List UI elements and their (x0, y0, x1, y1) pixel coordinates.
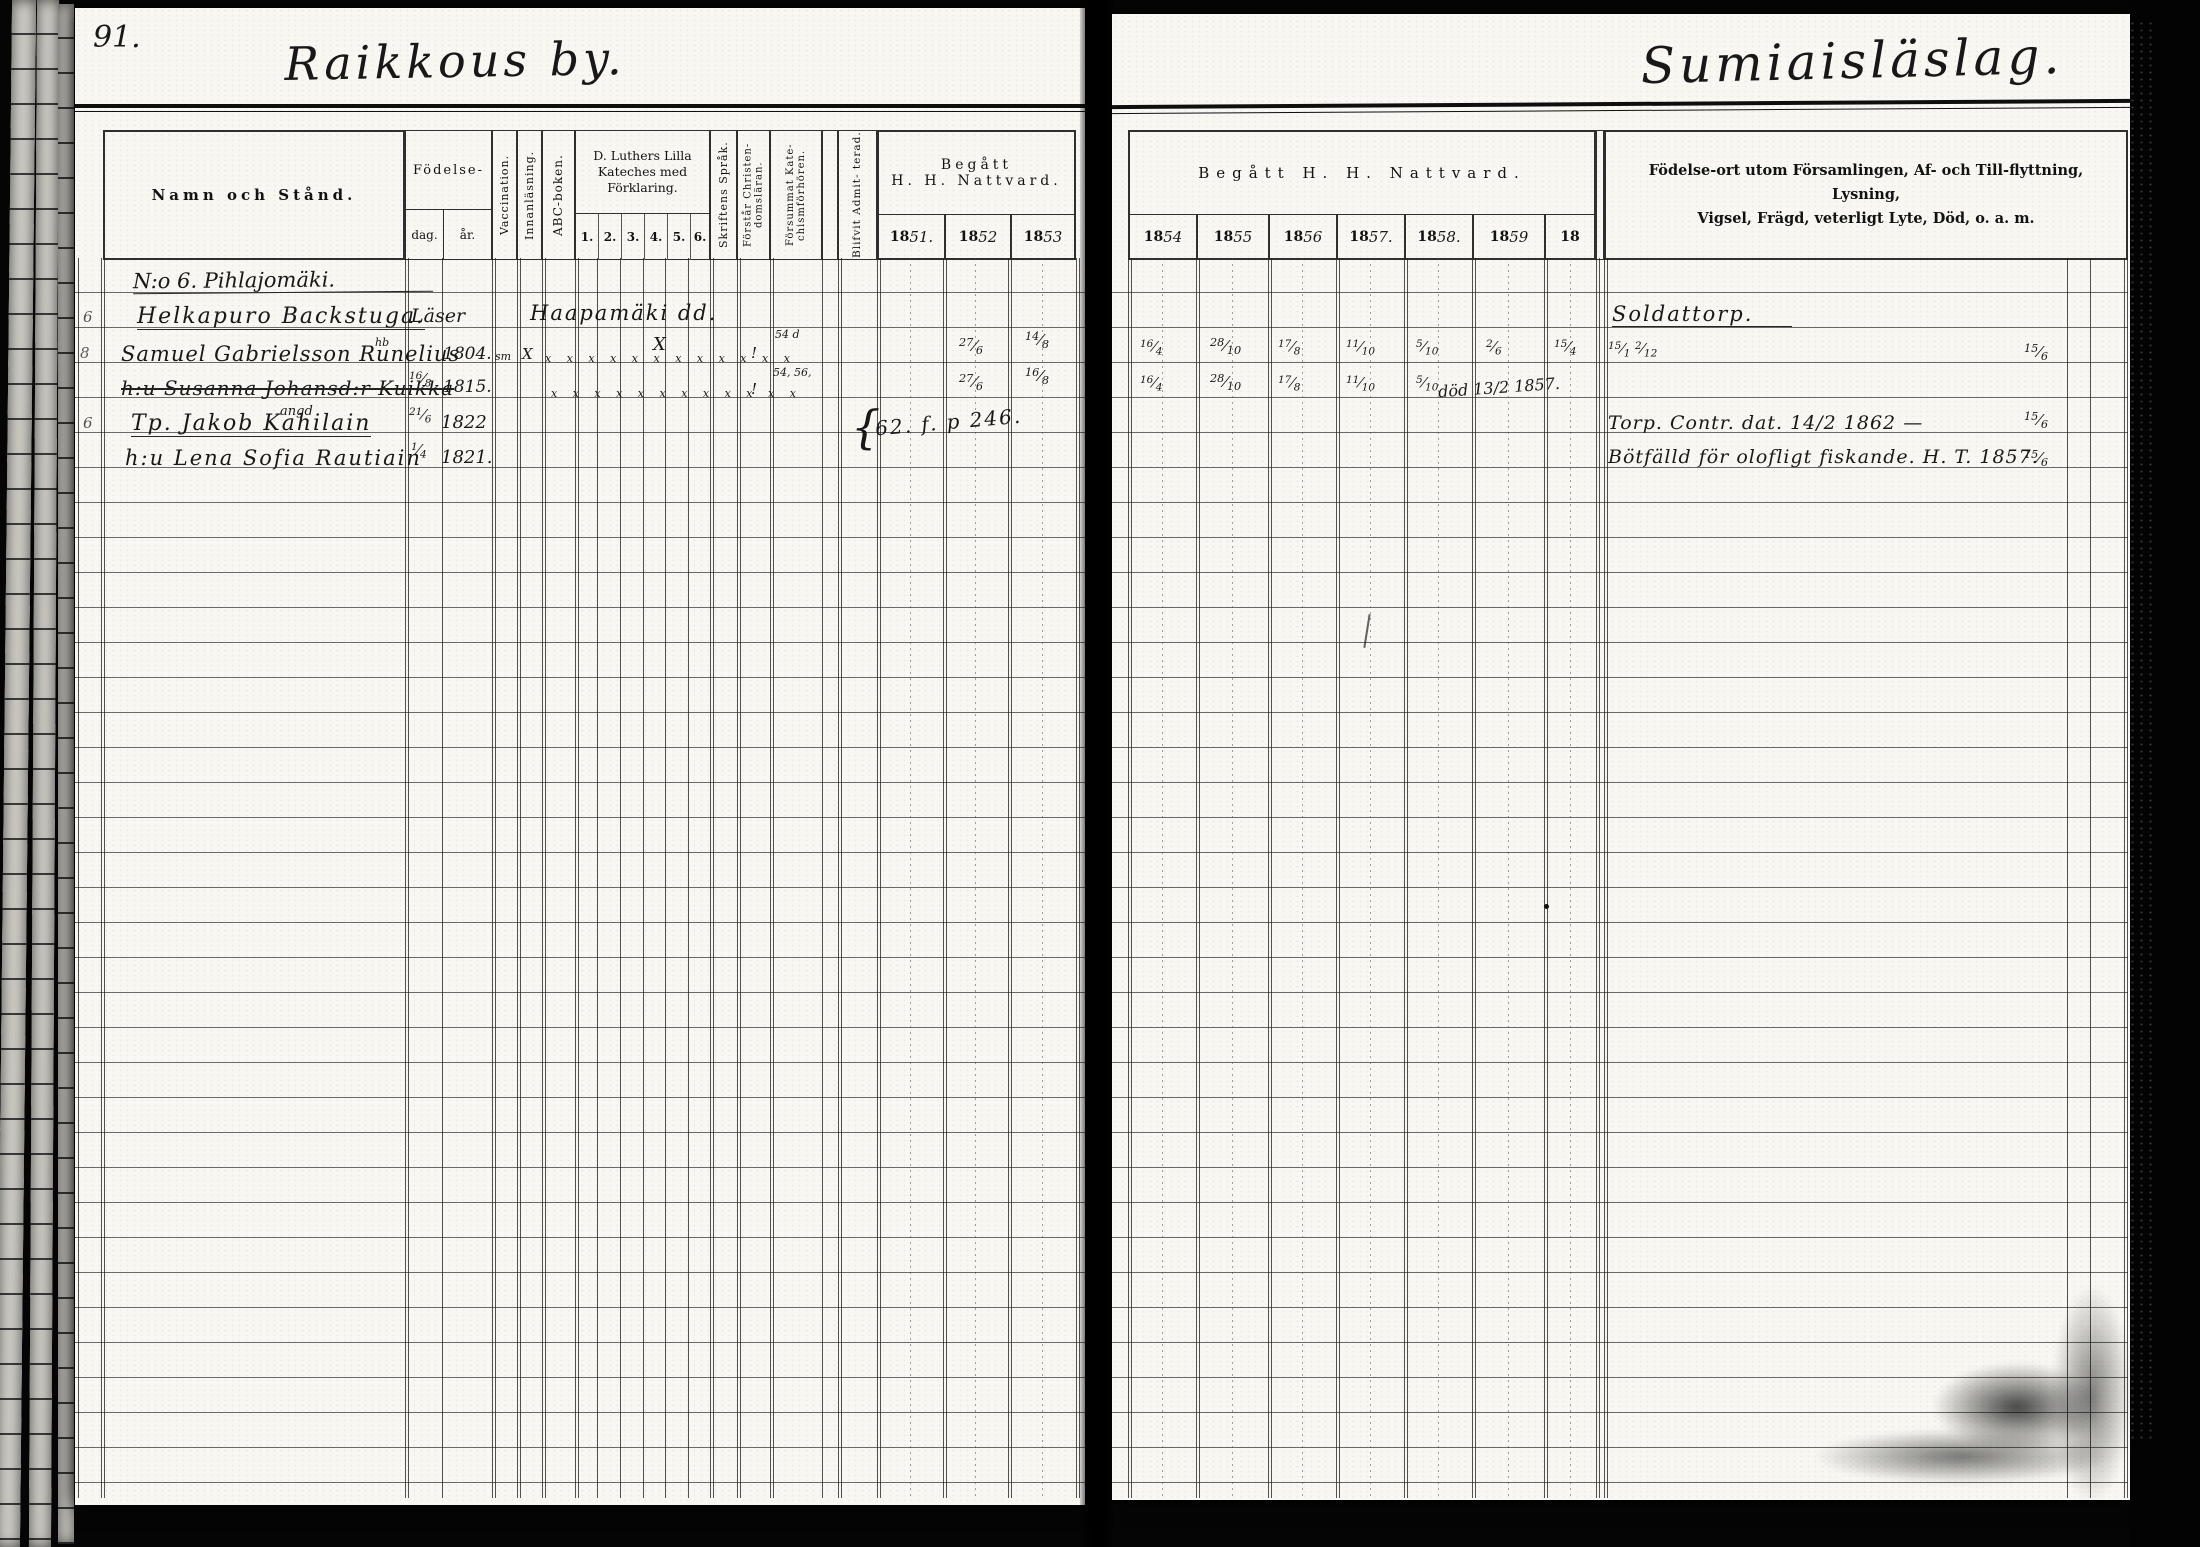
dag-label: dag. (406, 210, 444, 260)
year-1856: 1856 (1270, 215, 1338, 259)
grid-line (1475, 258, 1476, 1498)
entry-name-samuel: Samuel Gabrielsson Runelius (121, 342, 460, 366)
begatt-left-label: Begått H. H. Nattvard. (879, 132, 1074, 215)
margin-mark-3: 6 (83, 414, 93, 432)
communion-1854-samuel: 16⁄4 (1140, 338, 1162, 357)
title-rule-thin (75, 111, 1085, 112)
grid-line (740, 258, 741, 1498)
entry-group-heading: N:o 6. Pihlajomäki. (133, 267, 433, 295)
innanlasning-label: Innanläsning. (518, 131, 541, 259)
kateches-col-6: 6. (691, 214, 709, 260)
cell-birth-day-jakob: 21⁄6 (409, 406, 431, 425)
column-header-blank (822, 130, 838, 260)
grid-line (442, 258, 443, 1498)
cell-birth-year-susanna: 1815. (443, 377, 492, 397)
note-dates-samuel: 15⁄1 2⁄12 (1608, 340, 1657, 359)
note-torp-contract-jakob: Torp. Contr. dat. 14/2 1862 — (1608, 412, 1923, 434)
grid-line (643, 258, 644, 1498)
grid-line (597, 258, 598, 1498)
grid-line (1544, 258, 1545, 1498)
grid-line (517, 258, 518, 1498)
skriftens-label: Skriftens Språk. (711, 131, 736, 259)
grid-line (1076, 258, 1077, 1498)
entry-name-helkapuro: Helkapuro Backstuga. (137, 304, 425, 330)
grid-line (770, 258, 771, 1498)
grid-line (1404, 258, 1405, 1498)
grid-line (1131, 258, 1132, 1498)
column-header-notes: Födelse-ort utom Församlingen, Af- och T… (1604, 130, 2128, 260)
communion-1853-susanna: 16⁄8 (1025, 366, 1049, 387)
header-double-rule-col (1596, 130, 1604, 260)
grid-line (408, 258, 409, 1498)
communion-1853-samuel: 14⁄8 (1025, 330, 1049, 351)
grid-line (946, 258, 947, 1498)
grid-line (943, 258, 944, 1498)
grid-line (665, 258, 666, 1498)
entry-name-lena: h:u Lena Sofia Rautiain (125, 446, 422, 470)
column-header-vaccination: Vaccination. (492, 130, 517, 260)
year-1858: 1858. (1406, 215, 1474, 259)
note-soldattorp: Soldattorp. (1612, 302, 1792, 327)
kateches-col-5: 5. (668, 214, 691, 260)
grid-line (575, 258, 576, 1498)
grid-line (545, 258, 546, 1498)
book-binding (1080, 0, 1114, 1547)
note-fine-lena: Bötfälld för olofligt fiskande. H. T. 18… (1608, 446, 2039, 468)
grid-line (1042, 258, 1043, 1498)
grid-line (737, 258, 738, 1498)
grid-line (1302, 258, 1303, 1498)
communion-1858-samuel: 5⁄10 (1416, 338, 1438, 357)
grid-line (1268, 258, 1269, 1498)
communion-1860-samuel: 15⁄4 (1554, 338, 1576, 357)
column-header-innanlasning: Innanläsning. (517, 130, 542, 260)
begatt-right-label: Begått H. H. Nattvard. (1130, 132, 1594, 215)
grid-line (773, 258, 774, 1498)
notes-line2: Vigsel, Frägd, veterligt Lyte, Död, o. a… (1697, 207, 2034, 231)
cell-vaccination-samuel: sm (495, 350, 511, 363)
vaccination-label: Vaccination. (493, 131, 516, 259)
cell-bigx-samuel: X (653, 334, 666, 355)
column-header-forstar: Förstår Christen- domsläran. (737, 130, 770, 260)
cell-haapamaki: Haapamäki dd. (530, 301, 717, 325)
blifvit-label: Blifvit Admit- terad. (839, 131, 876, 259)
kateches-label: D. Luthers Lilla Kateches med Förklaring… (576, 131, 709, 214)
grid-line (1339, 258, 1340, 1498)
grid-line (495, 258, 496, 1498)
stain-smudge (2052, 1284, 2132, 1504)
cell-birth-day-susanna: 16⁄8 (409, 370, 431, 389)
grid-line (1011, 258, 1012, 1498)
page-number: 91. (93, 20, 141, 55)
cell-birth-year-lena: 1821. (441, 447, 493, 468)
left-page-edges (58, 4, 74, 1544)
notes-label: Födelse-ort utom Församlingen, Af- och T… (1606, 132, 2126, 258)
column-header-blifvit: Blifvit Admit- terad. (838, 130, 877, 260)
grid-line (822, 258, 823, 1498)
grid-line (1607, 258, 1608, 1498)
kateches-col-1: 1. (576, 214, 599, 260)
fodelse-label: Födelse- (406, 131, 491, 210)
communion-1857-samuel: 11⁄10 (1346, 338, 1375, 357)
grid-line (405, 258, 406, 1498)
page-title-left: Raikkous by. (255, 31, 656, 92)
column-header-kateches: D. Luthers Lilla Kateches med Förklaring… (575, 130, 710, 260)
grid-line (975, 258, 976, 1498)
grid-line (1232, 258, 1233, 1498)
grid-line (1407, 258, 1408, 1498)
column-header-begatt-left: Begått H. H. Nattvard. 1851. 1852 1853 (877, 130, 1076, 260)
grid-line (1162, 258, 1163, 1498)
grid-line (1472, 258, 1473, 1498)
cell-innanlasning-samuel: X (522, 345, 533, 363)
grid-line (542, 258, 543, 1498)
communion-1859-samuel: 2⁄6 (1486, 338, 1502, 357)
communion-1856-susanna: 17⁄8 (1278, 374, 1300, 393)
cell-forsummat-samuel: 54 d (775, 328, 800, 341)
grid-line (841, 258, 842, 1498)
grid-line (1196, 258, 1197, 1498)
left-page: 91. Raikkous by. Namn och Stånd. Födelse… (75, 8, 1085, 1505)
ledger-grid-left (75, 258, 1085, 1498)
grid-line (620, 258, 621, 1498)
kateches-subcolumns: 1. 2. 3. 4. 5. 6. (576, 214, 709, 260)
column-header-namn-label: Namn och Stånd. (105, 132, 403, 258)
column-header-skriftens: Skriftens Språk. (710, 130, 737, 260)
cell-xmarks-samuel: x x x x x x x x x x x x (545, 352, 796, 365)
grid-line (1570, 258, 1571, 1498)
ledger-grid-right (1112, 258, 2128, 1498)
ar-label: år. (444, 210, 491, 260)
title-rule (75, 104, 1085, 108)
column-header-namn: Namn och Stånd. (103, 130, 405, 260)
column-header-forsummat: Försummat Kate- chismförhören. (770, 130, 822, 260)
edge-date-samuel: 15⁄6 (2024, 342, 2048, 363)
cell-xmarks-susanna: x x x x x x x x x x x x (551, 387, 802, 400)
ink-dot (1544, 904, 1549, 909)
grid-line (1370, 258, 1371, 1498)
grid-line (1128, 258, 1129, 1498)
grid-line (1604, 258, 1605, 1498)
communion-1857-susanna: 11⁄10 (1346, 374, 1375, 393)
cell-birth-year-jakob: 1822 (441, 412, 487, 433)
grid-line (78, 258, 79, 1498)
grid-line (520, 258, 521, 1498)
communion-1855-susanna: 28⁄10 (1210, 372, 1241, 393)
grid-line (710, 258, 711, 1498)
edge-date-jakob: 15⁄6 (2024, 410, 2048, 431)
kateches-col-2: 2. (599, 214, 622, 260)
grid-line (104, 258, 105, 1498)
grid-line (101, 258, 102, 1498)
edge-date-lena: 15⁄6 (2024, 448, 2048, 469)
right-page: Sumiaisläslag. Begått H. H. Nattvard. 18… (1112, 14, 2130, 1500)
grid-line (492, 258, 493, 1498)
grid-line (688, 258, 689, 1498)
grid-line (578, 258, 579, 1498)
notes-line1: Födelse-ort utom Församlingen, Af- och T… (1614, 159, 2118, 207)
year-1857: 1857. (1338, 215, 1406, 259)
margin-mark-2: 8 (80, 344, 90, 362)
communion-1855-samuel: 28⁄10 (1210, 336, 1241, 357)
column-header-begatt-right: Begått H. H. Nattvard. 1854 1855 1856 18… (1128, 130, 1596, 260)
year-1855: 1855 (1198, 215, 1270, 259)
grid-line (1547, 258, 1548, 1498)
abc-label: ABC-boken. (543, 131, 574, 259)
margin-mark-1: 6 (83, 308, 93, 326)
communion-1852-susanna: 27⁄6 (959, 372, 983, 393)
communion-1858-susanna: 5⁄10 (1416, 374, 1438, 393)
page-title-right: Sumiaisläslag. (1581, 25, 2122, 96)
forstar-label: Förstår Christen- domsläran. (738, 131, 769, 259)
grid-line (838, 258, 839, 1498)
column-header-fodelse: Födelse- dag. år. (405, 130, 492, 260)
cell-forsummat-susanna: 54, 56, (773, 366, 811, 379)
communion-1852-samuel: 27⁄6 (959, 336, 983, 357)
year-1852: 1852 (946, 215, 1012, 259)
grid-line (1199, 258, 1200, 1498)
entry-name-susanna: h:u Susanna Johansd:r Kuikka (121, 376, 454, 400)
grid-line (1008, 258, 1009, 1498)
entry-name-jakob: Tp. Jakob Kahilain (131, 411, 371, 437)
grid-line (1271, 258, 1272, 1498)
grid-line (910, 258, 911, 1498)
grid-line (1508, 258, 1509, 1498)
year-1859: 1859 (1474, 215, 1546, 259)
forsummat-label: Försummat Kate- chismförhören. (771, 131, 821, 259)
begatt-line2: H. H. Nattvard. (891, 173, 1061, 189)
begatt-line1: Begått (941, 157, 1012, 173)
column-header-abc-boken: ABC-boken. (542, 130, 575, 260)
grid-line (713, 258, 714, 1498)
grid-line (1596, 258, 1597, 1498)
year-1860: 18 (1546, 215, 1594, 259)
year-1853: 1853 (1012, 215, 1074, 259)
cell-exclamation-susanna: ! (751, 380, 757, 398)
cell-exclamation-samuel: ! (751, 344, 757, 362)
year-1851: 1851. (879, 215, 946, 259)
cell-laser: Läser (411, 305, 465, 327)
cell-birth-year-samuel: 1804. (443, 344, 492, 364)
kateches-col-3: 3. (622, 214, 645, 260)
grid-line (2124, 258, 2125, 1498)
communion-1856-samuel: 17⁄8 (1278, 338, 1300, 357)
grid-line (1438, 258, 1439, 1498)
cell-birth-day-lena: 1⁄4 (411, 441, 427, 460)
kateches-col-4: 4. (645, 214, 668, 260)
begatt-left-years: 1851. 1852 1853 (879, 215, 1074, 259)
grid-line (1599, 258, 1600, 1498)
begatt-right-years: 1854 1855 1856 1857. 1858. 1859 (1130, 215, 1594, 259)
year-1854: 1854 (1130, 215, 1198, 259)
scanned-parish-register: 91. Raikkous by. Namn och Stånd. Födelse… (0, 0, 2200, 1547)
communion-1854-susanna: 16⁄4 (1140, 374, 1162, 393)
grid-line (1336, 258, 1337, 1498)
right-edge-grain (2128, 20, 2158, 1440)
